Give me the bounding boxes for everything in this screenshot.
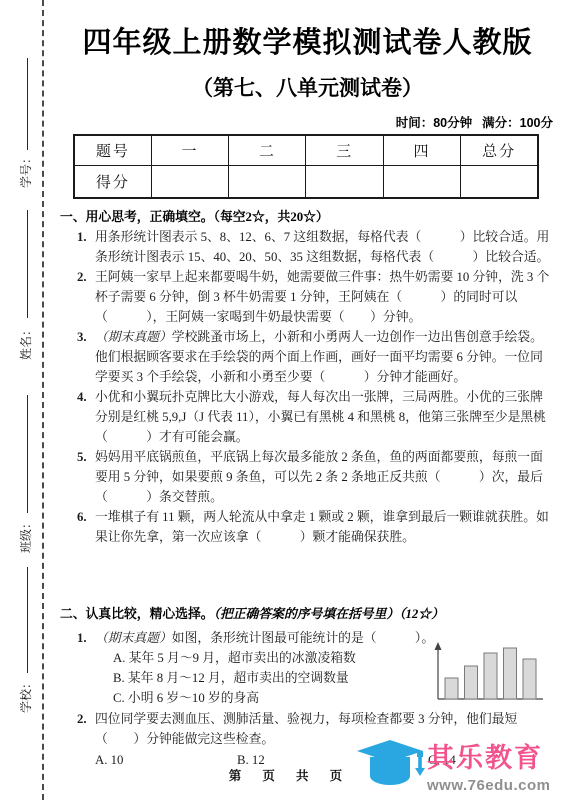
score-cell-4 <box>383 165 460 198</box>
time-score-line: 时间：80分钟满分：100分 <box>386 113 553 131</box>
choice-question-1-tag: （期末真题） <box>95 631 172 645</box>
choice-question-1-text: 如图，条形统计图最可能统计的是（ ）。 <box>172 631 434 645</box>
class-label: 班级： <box>17 512 35 558</box>
choice-question-1-number: 1. <box>77 628 87 648</box>
paper-content: 四年级上册数学模拟测试卷人教版 （第七、八单元测试卷） 时间：80分钟满分：10… <box>60 0 555 800</box>
seal-dashed-line <box>42 0 44 800</box>
header-total: 总分 <box>461 135 538 165</box>
bar-chart-figure <box>429 642 547 704</box>
score-table: 题号 一 二 三 四 总分 得分 <box>73 134 539 199</box>
paper-title: 四年级上册数学模拟测试卷人教版 <box>60 20 555 61</box>
brand-name: 其乐教育 <box>427 736 560 775</box>
paper-subtitle: （第七、八单元测试卷） <box>60 72 555 102</box>
section-one: 一、用心思考，正确填空。（每空2☆，共20☆） 1. 用条形统计图表示 5、8、… <box>60 207 555 547</box>
header-part-2: 二 <box>229 135 306 165</box>
student-id-fill-line <box>27 58 28 150</box>
score-table-score-row: 得分 <box>74 165 538 198</box>
header-part-1: 一 <box>151 135 228 165</box>
header-part-3: 三 <box>306 135 383 165</box>
section-two-heading-note: （把正确答案的序号填在括号里）（12☆） <box>214 607 444 621</box>
brand-logo: 其乐教育 www.76edu.com <box>355 736 560 798</box>
question-4: 4. 小优和小翼玩扑克牌比大小游戏，每人每次出一张牌，三局两胜。小优的三张牌分别… <box>60 387 555 447</box>
question-4-number: 4. <box>77 387 87 407</box>
section-one-heading: 一、用心思考，正确填空。（每空2☆，共20☆） <box>60 207 555 227</box>
option-b: B. 某年 8 月～12 月，超市卖出的空调数量 <box>113 668 440 688</box>
brand-website: www.76edu.com <box>427 777 560 794</box>
school-fill-line <box>27 567 28 673</box>
full-score: 满分：100分 <box>482 116 553 130</box>
choice-question-1-options: A. 某年 5 月～9 月，超市卖出的冰激凌箱数 B. 某年 8 月～12 月，… <box>95 648 440 708</box>
name-fill-line <box>27 210 28 318</box>
header-part-4: 四 <box>383 135 460 165</box>
option-c: C. 小明 6 岁～10 岁的身高 <box>113 688 440 708</box>
question-1-text: 用条形统计图表示 5、8、12、6、7 这组数据，每格代表（ ）比较合适。用条形… <box>95 230 549 264</box>
header-question-number: 题号 <box>74 135 151 165</box>
question-1-number: 1. <box>77 227 87 247</box>
chart-bar <box>504 648 517 699</box>
question-3-tag: （期末真题） <box>95 330 172 344</box>
question-2: 2. 王阿姨一家早上起来都要喝牛奶，她需要做三件事：热牛奶需要 10 分钟，洗 … <box>60 267 555 327</box>
score-cell-total <box>461 165 538 198</box>
y-axis-arrow-icon <box>435 642 442 650</box>
chart-bar <box>484 653 497 699</box>
chart-bar <box>445 678 458 699</box>
question-3-number: 3. <box>77 327 87 347</box>
chart-bar <box>523 659 536 699</box>
logo-texts: 其乐教育 www.76edu.com <box>427 736 560 794</box>
choice-question-1: 1. （期末真题）如图，条形统计图最可能统计的是（ ）。 A. 某年 5 月～9… <box>60 628 555 708</box>
time-limit: 时间：80分钟 <box>396 116 472 130</box>
chart-bar <box>465 666 478 699</box>
score-cell-1 <box>151 165 228 198</box>
choice-question-2-number: 2. <box>77 709 87 729</box>
question-5-number: 5. <box>77 447 87 467</box>
question-6: 6. 一堆棋子有 11 颗，两人轮流从中拿走 1 颗或 2 颗，谁拿到最后一颗谁… <box>60 507 555 547</box>
section-two-heading: 二、认真比较，精心选择。（把正确答案的序号填在括号里）（12☆） <box>60 604 555 624</box>
question-4-text: 小优和小翼玩扑克牌比大小游戏，每人每次出一张牌，三局两胜。小优的三张牌分别是红桃… <box>95 390 546 444</box>
score-label-cell: 得分 <box>74 165 151 198</box>
question-6-number: 6. <box>77 507 87 527</box>
question-2-text: 王阿姨一家早上起来都要喝牛奶，她需要做三件事：热牛奶需要 10 分钟，洗 3 个… <box>95 270 549 324</box>
score-table-header-row: 题号 一 二 三 四 总分 <box>74 135 538 165</box>
graduation-cap-icon <box>355 738 425 796</box>
option-a: A. 某年 5 月～9 月，超市卖出的冰激凌箱数 <box>113 648 440 668</box>
question-3: 3. （期末真题）学校跳蚤市场上，小新和小勇两人一边创作一边出售创意手绘袋。他们… <box>60 327 555 387</box>
exam-paper-page: 学号： 姓名： 班级： 学校： 四年级上册数学模拟测试卷人教版 （第七、八单元测… <box>0 0 565 800</box>
score-cell-3 <box>306 165 383 198</box>
class-fill-line <box>27 395 28 513</box>
student-id-label: 学号： <box>17 147 35 193</box>
school-label: 学校： <box>17 672 35 718</box>
section-two-heading-main: 二、认真比较，精心选择。 <box>60 607 214 621</box>
score-cell-2 <box>229 165 306 198</box>
question-1: 1. 用条形统计图表示 5、8、12、6、7 这组数据，每格代表（ ）比较合适。… <box>60 227 555 267</box>
question-2-number: 2. <box>77 267 87 287</box>
name-label: 姓名： <box>17 319 35 365</box>
question-5-text: 妈妈用平底锅煎鱼，平底锅上每次最多能放 2 条鱼，鱼的两面都要煎，每煎一面要用 … <box>95 450 543 504</box>
question-5: 5. 妈妈用平底锅煎鱼，平底锅上每次最多能放 2 条鱼，鱼的两面都要煎，每煎一面… <box>60 447 555 507</box>
question-6-text: 一堆棋子有 11 颗，两人轮流从中拿走 1 颗或 2 颗，谁拿到最后一颗谁就获胜… <box>95 510 549 544</box>
